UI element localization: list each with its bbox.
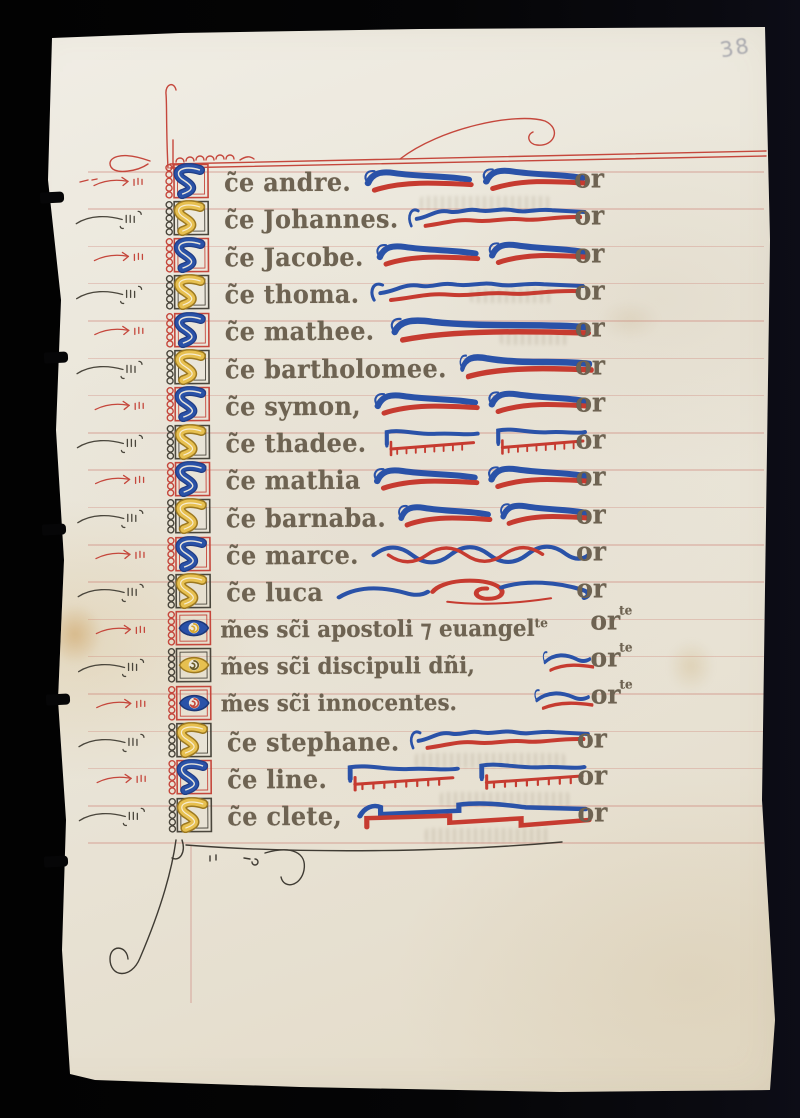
response-abbreviation: orte xyxy=(590,602,632,635)
margin-guide-mark xyxy=(73,357,155,385)
margin-guide-mark xyxy=(74,506,156,534)
response-abbreviation: or xyxy=(577,723,607,754)
response-abbreviation: or xyxy=(574,163,604,194)
illuminated-initial-s xyxy=(161,386,213,426)
response-abbreviation: or xyxy=(576,499,606,530)
response-abbreviation: or xyxy=(575,387,605,418)
litany-line: m̃es sc̃i discipuli dñi,orte xyxy=(162,647,606,686)
abbreviation-superscript: te xyxy=(619,677,632,692)
response-abbreviation: or xyxy=(574,200,604,231)
binding-notch xyxy=(40,191,65,203)
illuminated-initial-s xyxy=(162,498,214,538)
illuminated-initial-s xyxy=(163,797,215,837)
litany-line: m̃es sc̃i innocentes.orte xyxy=(163,684,607,723)
litany-line: c̃e barnaba.or xyxy=(162,498,606,537)
gothic-text: c̃e symon, xyxy=(225,390,361,421)
margin-guide-mark xyxy=(75,692,157,720)
line-filler-ornament xyxy=(392,501,600,532)
binding-notch xyxy=(44,351,69,363)
gothic-text: c̃e andre. xyxy=(224,166,351,197)
gothic-text: c̃e bartholomee. xyxy=(225,352,447,384)
illuminated-initial-s xyxy=(163,722,215,762)
binding-notch xyxy=(42,523,67,535)
response-abbreviation: orte xyxy=(591,677,633,710)
illuminated-initial-o xyxy=(162,610,214,650)
gothic-text: c̃e thadee. xyxy=(225,427,366,458)
litany-line: c̃e stephane.or xyxy=(163,721,607,760)
margin-guide-mark xyxy=(75,804,157,832)
gothic-text: c̃e Jacobe. xyxy=(224,241,363,272)
gothic-text: c̃e Johannes. xyxy=(224,203,398,235)
gothic-text: c̃e clete, xyxy=(227,801,342,832)
litany-line: c̃e Johannes.or xyxy=(160,199,604,238)
response-abbreviation: or xyxy=(575,350,605,381)
gothic-text: m̃es sc̃i discipuli dñi, xyxy=(220,653,474,681)
illuminated-initial-s xyxy=(161,461,213,501)
response-abbreviation: or xyxy=(577,760,607,791)
response-abbreviation: or xyxy=(576,536,606,567)
illuminated-initial-s xyxy=(163,759,215,799)
gothic-text: c̃e line. xyxy=(227,763,327,794)
line-filler-ornament xyxy=(333,762,601,793)
line-filler-ornament xyxy=(367,389,600,420)
line-filler-ornament xyxy=(372,427,599,458)
litany-line: c̃e line.or xyxy=(163,759,607,798)
margin-guide-mark xyxy=(74,618,156,646)
line-filler-ornament xyxy=(348,800,601,831)
margin-guide-mark xyxy=(73,431,155,459)
gothic-text: c̃e barnaba. xyxy=(226,502,386,534)
response-abbreviation: or xyxy=(575,312,605,343)
litany-line: c̃e andre.or xyxy=(160,162,604,201)
illuminated-initial-s xyxy=(161,424,213,464)
manuscript-photo: 38 xyxy=(0,0,800,1118)
abbreviation-superscript: te xyxy=(619,640,632,655)
litany: c̃e andre.orc̃e Johannes.orc̃e Jacobe.or… xyxy=(0,0,800,1118)
illuminated-initial-s xyxy=(161,349,213,389)
response-abbreviation: or xyxy=(576,461,606,492)
response-abbreviation: or xyxy=(575,424,605,455)
gothic-text: c̃e marce. xyxy=(226,539,359,570)
illuminated-initial-s xyxy=(161,312,213,352)
margin-guide-mark xyxy=(73,282,155,310)
litany-line: c̃e lucaor xyxy=(162,572,606,611)
illuminated-initial-o xyxy=(162,647,214,687)
litany-line: m̃es sc̃i apostoli ⁊ euangelteorte xyxy=(162,610,606,649)
litany-line: c̃e clete,or xyxy=(163,796,607,835)
margin-guide-mark xyxy=(72,245,154,273)
margin-guide-mark xyxy=(75,767,157,795)
gothic-text: c̃e luca xyxy=(226,577,323,608)
litany-line: c̃e bartholomee.or xyxy=(161,348,605,387)
line-filler-ornament xyxy=(380,315,599,346)
litany-line: c̃e symon,or xyxy=(161,386,605,425)
margin-guide-mark xyxy=(73,319,155,347)
margin-guide-mark xyxy=(73,394,155,422)
margin-guide-mark xyxy=(72,208,154,236)
gothic-text: c̃e thoma. xyxy=(225,278,360,309)
gothic-text: c̃e mathia xyxy=(226,465,361,496)
line-filler-ornament xyxy=(463,688,601,719)
parchment-leaf: 38 xyxy=(0,0,800,1118)
litany-line: c̃e thoma.or xyxy=(161,274,605,313)
gothic-text: c̃e stephane. xyxy=(227,726,400,758)
litany-line: c̃e Jacobe.or xyxy=(160,237,604,276)
margin-guide-mark xyxy=(74,469,156,497)
litany-line: c̃e marce.or xyxy=(162,535,606,574)
response-abbreviation: or xyxy=(577,797,607,828)
response-abbreviation: or xyxy=(575,275,605,306)
litany-line: c̃e thadee.or xyxy=(161,423,605,462)
illuminated-initial-s xyxy=(162,535,214,575)
margin-guide-mark xyxy=(72,170,154,198)
litany-line: c̃e mathiaor xyxy=(161,460,605,499)
gothic-text: m̃es sc̃i apostoli ⁊ euangelte xyxy=(220,615,548,643)
illuminated-initial-s xyxy=(162,573,214,613)
litany-line: c̃e mathee.or xyxy=(161,311,605,350)
line-filler-ornament xyxy=(365,538,600,569)
line-filler-ornament xyxy=(404,203,598,234)
response-abbreviation: or xyxy=(576,573,606,604)
margin-guide-mark xyxy=(75,655,157,683)
illuminated-initial-s xyxy=(160,237,212,277)
line-filler-ornament xyxy=(405,725,601,756)
line-filler-ornament xyxy=(481,650,601,681)
margin-guide-mark xyxy=(75,730,157,758)
illuminated-initial-s xyxy=(160,200,212,240)
illuminated-initial-o xyxy=(163,685,215,725)
line-filler-ornament xyxy=(367,464,600,495)
response-abbreviation: or xyxy=(574,238,604,269)
illuminated-initial-s xyxy=(160,162,212,202)
margin-guide-mark xyxy=(74,543,156,571)
line-filler-ornament xyxy=(365,277,598,308)
binding-notch xyxy=(46,693,71,705)
line-filler-ornament xyxy=(357,165,598,196)
abbreviation-superscript: te xyxy=(619,602,632,617)
gothic-text: m̃es sc̃i innocentes. xyxy=(221,690,457,718)
margin-guide-mark xyxy=(74,581,156,609)
gothic-text: c̃e mathee. xyxy=(225,315,375,347)
response-abbreviation: orte xyxy=(590,640,632,673)
line-filler-ornament xyxy=(329,576,600,607)
line-filler-ornament xyxy=(370,240,599,271)
illuminated-initial-s xyxy=(161,274,213,314)
binding-notch xyxy=(44,855,69,867)
abbreviation-superscript: te xyxy=(535,615,548,630)
